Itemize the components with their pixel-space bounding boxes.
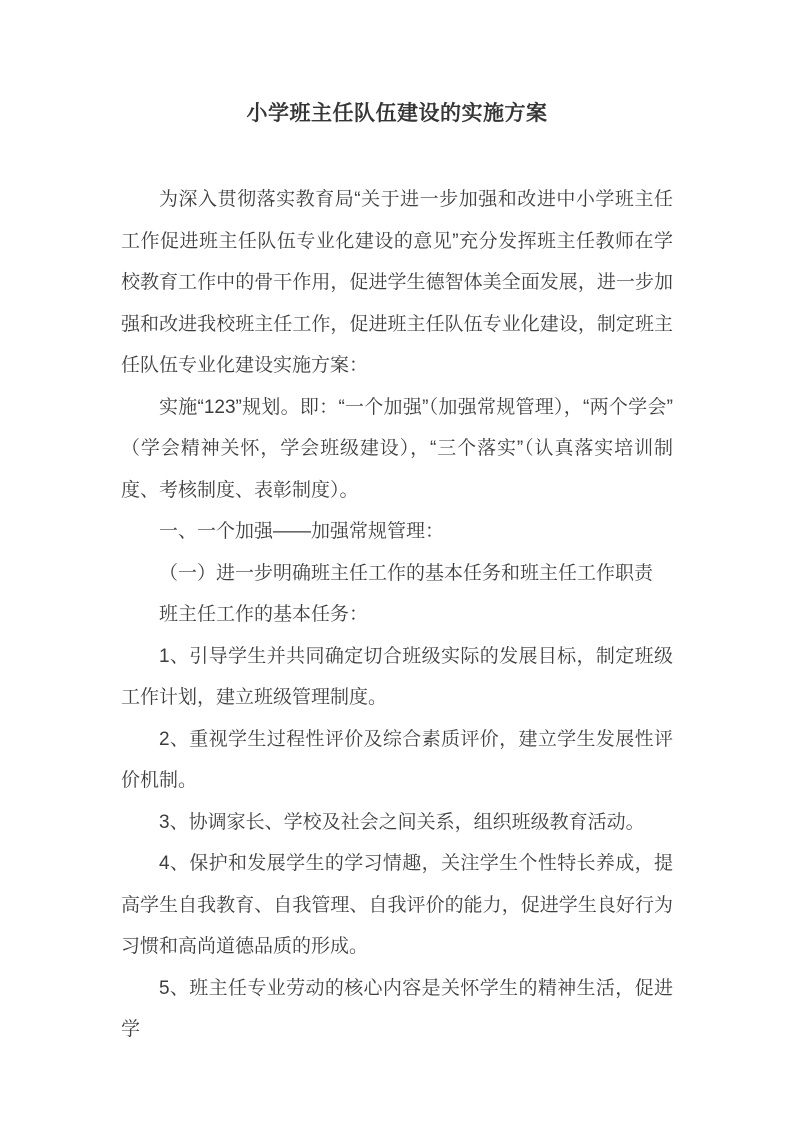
paragraph-tasks-label: 班主任工作的基本任务： bbox=[121, 594, 673, 636]
paragraph-item-2: 2、重视学生过程性评价及综合素质评价，建立学生发展性评价机制。 bbox=[121, 719, 673, 802]
paragraph-plan-123: 实施“123”规划。即：“一个加强”（加强常规管理），“两个学会”（学会精神关怀… bbox=[121, 387, 673, 512]
heading-subsection-one: （一）进一步明确班主任工作的基本任务和班主任工作职责 bbox=[121, 553, 673, 595]
paragraph-item-1: 1、引导学生并共同确定切合班级实际的发展目标，制定班级工作计划，建立班级管理制度… bbox=[121, 636, 673, 719]
document-body: 为深入贯彻落实教育局“关于进一步加强和改进中小学班主任工作促进班主任队伍专业化建… bbox=[121, 179, 673, 1051]
document-page: 小学班主任队伍建设的实施方案 为深入贯彻落实教育局“关于进一步加强和改进中小学班… bbox=[0, 0, 793, 1122]
document-title: 小学班主任队伍建设的实施方案 bbox=[121, 100, 673, 127]
heading-section-one: 一、一个加强——加强常规管理： bbox=[121, 511, 673, 553]
paragraph-item-4: 4、保护和发展学生的学习情趣，关注学生个性特长养成，提高学生自我教育、自我管理、… bbox=[121, 843, 673, 968]
paragraph-item-3: 3、协调家长、学校及社会之间关系，组织班级教育活动。 bbox=[121, 802, 673, 844]
paragraph-item-5: 5、班主任专业劳动的核心内容是关怀学生的精神生活，促进学 bbox=[121, 968, 673, 1051]
paragraph-intro: 为深入贯彻落实教育局“关于进一步加强和改进中小学班主任工作促进班主任队伍专业化建… bbox=[121, 179, 673, 387]
